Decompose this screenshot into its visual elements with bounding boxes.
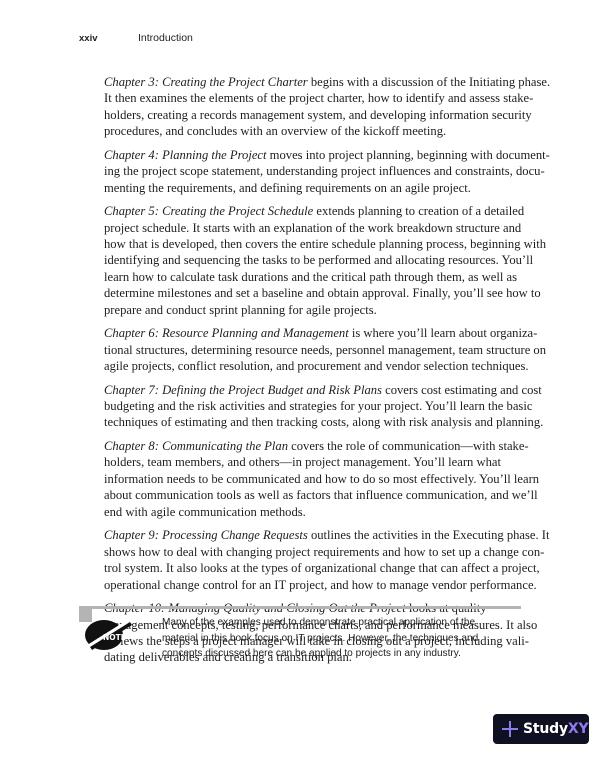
running-head: xxivIntroduction bbox=[79, 32, 193, 44]
chapter-title: Chapter 6: Resource Planning and Managem… bbox=[104, 326, 349, 340]
paragraph-chapter-4: Chapter 4: Planning the Project moves in… bbox=[104, 147, 518, 196]
page-number: xxiv bbox=[79, 33, 138, 44]
paragraph-chapter-8: Chapter 8: Communicating the Plan covers… bbox=[104, 438, 518, 520]
note-pen-icon: NOTE bbox=[82, 613, 138, 653]
brand-logo-text: StudyXY bbox=[523, 721, 588, 737]
chapter-title: Chapter 5: Creating the Project Schedule bbox=[104, 204, 313, 218]
paragraph-chapter-9: Chapter 9: Processing Change Requests ou… bbox=[104, 527, 518, 593]
section-title: Introduction bbox=[138, 32, 193, 44]
note-top-rule bbox=[79, 606, 521, 609]
paragraph-chapter-3: Chapter 3: Creating the Project Charter … bbox=[104, 74, 518, 140]
chapter-title: Chapter 4: Planning the Project bbox=[104, 148, 267, 162]
note-callout: NOTE Many of the examples used to demons… bbox=[79, 606, 521, 666]
body-text: Chapter 3: Creating the Project Charter … bbox=[104, 74, 518, 673]
plus-icon bbox=[502, 721, 518, 737]
svg-text:NOTE: NOTE bbox=[103, 633, 126, 642]
paragraph-chapter-6: Chapter 6: Resource Planning and Managem… bbox=[104, 325, 518, 374]
chapter-title: Chapter 7: Defining the Project Budget a… bbox=[104, 383, 382, 397]
paragraph-chapter-7: Chapter 7: Defining the Project Budget a… bbox=[104, 382, 518, 431]
chapter-title: Chapter 8: Communicating the Plan bbox=[104, 439, 288, 453]
paragraph-chapter-5: Chapter 5: Creating the Project Schedule… bbox=[104, 203, 518, 318]
studyxy-watermark: StudyXY bbox=[493, 714, 589, 744]
chapter-title: Chapter 9: Processing Change Requests bbox=[104, 528, 308, 542]
chapter-title: Chapter 3: Creating the Project Charter bbox=[104, 75, 308, 89]
note-text: Many of the examples used to demonstrate… bbox=[162, 615, 478, 662]
